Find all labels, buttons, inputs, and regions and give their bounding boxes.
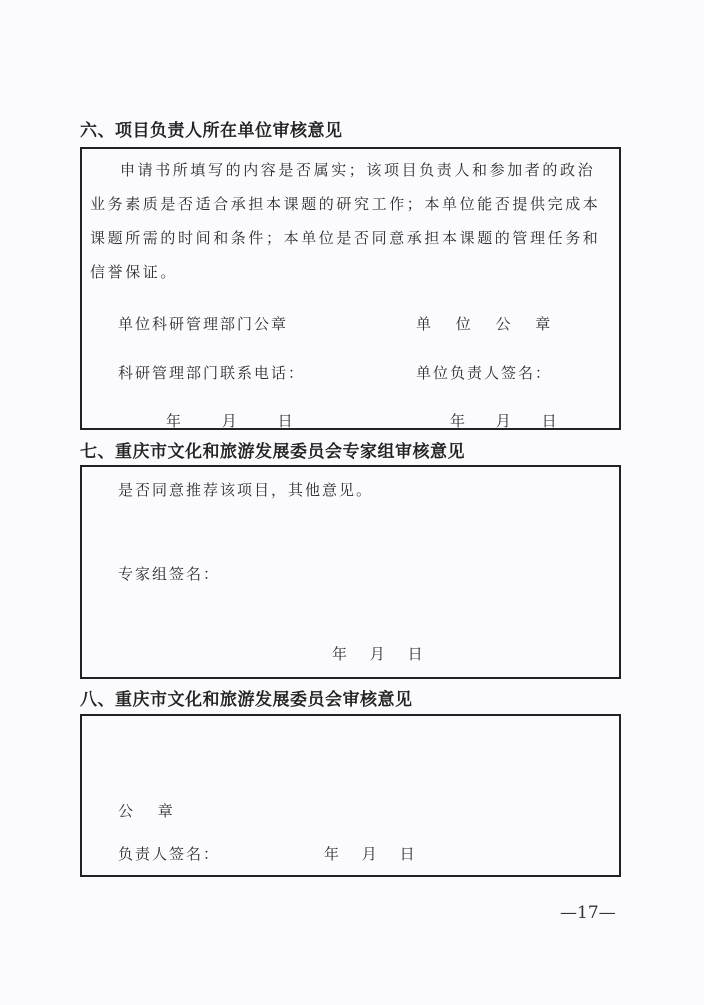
day-label: 日 <box>408 643 425 664</box>
section-8-box: 公 章 负责人签名： 年 月 日 <box>80 714 621 877</box>
year-label: 年 <box>332 643 349 664</box>
leader-signature-label: 负责人签名： <box>118 843 220 864</box>
year-label: 年 <box>166 410 183 431</box>
year-label: 年 <box>450 410 467 431</box>
section-7-heading: 七、重庆市文化和旅游发展委员会专家组审核意见 <box>80 437 465 462</box>
unit-seal-label: 单 位 公 章 <box>416 313 560 334</box>
page-number: —17— <box>560 903 616 923</box>
month-label: 月 <box>362 843 379 864</box>
day-label: 日 <box>278 410 295 431</box>
date: 年 月 日 <box>324 843 417 864</box>
official-seal-label: 公 章 <box>118 800 183 821</box>
day-label: 日 <box>542 410 559 431</box>
expert-group-signature-label: 专家组签名： <box>118 563 220 584</box>
month-label: 月 <box>370 643 387 664</box>
section-6-heading: 六、项目负责人所在单位审核意见 <box>80 116 343 141</box>
date-left: 年 月 日 <box>166 410 295 431</box>
section-6-box: 申请书所填写的内容是否属实；该项目负责人和参加者的政治业务素质是否适合承担本课题… <box>80 147 621 430</box>
research-dept-phone-label: 科研管理部门联系电话： <box>118 362 305 383</box>
section-8-heading: 八、重庆市文化和旅游发展委员会审核意见 <box>80 685 413 710</box>
day-label: 日 <box>400 843 417 864</box>
section-6-instructions: 申请书所填写的内容是否属实；该项目负责人和参加者的政治业务素质是否适合承担本课题… <box>90 153 611 289</box>
month-label: 月 <box>222 410 239 431</box>
date-right: 年 月 日 <box>450 410 559 431</box>
year-label: 年 <box>324 843 341 864</box>
unit-research-dept-seal-label: 单位科研管理部门公章 <box>118 313 288 334</box>
section-7-box: 是否同意推荐该项目，其他意见。 专家组签名： 年 月 日 <box>80 465 621 679</box>
date: 年 月 日 <box>332 643 425 664</box>
recommend-prompt: 是否同意推荐该项目，其他意见。 <box>118 479 373 500</box>
month-label: 月 <box>496 410 513 431</box>
unit-leader-signature-label: 单位负责人签名： <box>416 362 552 383</box>
